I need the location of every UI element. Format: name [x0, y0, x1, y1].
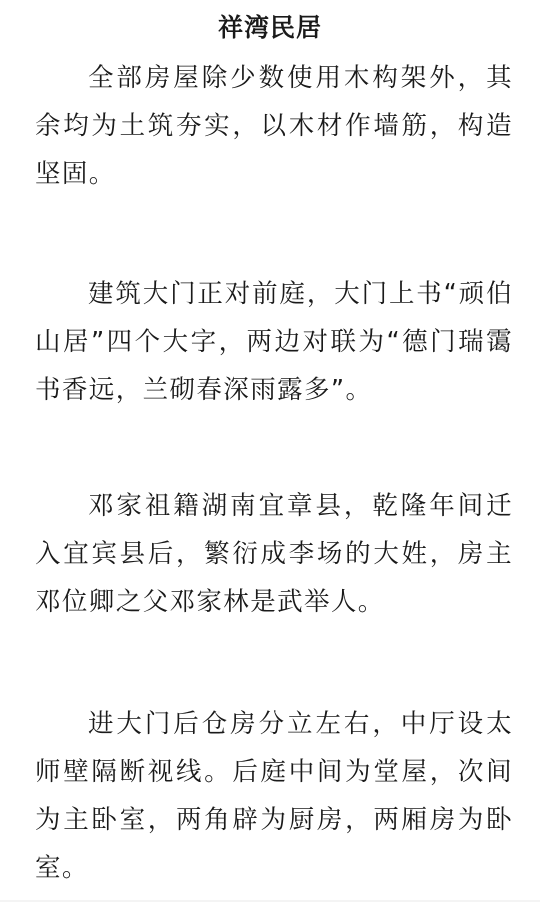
paragraph-family-history: 邓家祖籍湖南宜章县，乾隆年间迁入宜宾县后，繁衍成李场的大姓，房主邓位卿之父邓家林… [35, 482, 513, 626]
paragraph-construction: 全部房屋除少数使用木构架外，其余均为土筑夯实，以木材作墙筋，构造坚固。 [35, 54, 513, 198]
paragraph-layout: 进大门后仓房分立左右，中厅设太师壁隔断视线。后庭中间为堂屋，次间为主卧室，两角辟… [35, 700, 513, 892]
paragraph-gate-couplet: 建筑大门正对前庭，大门上书“顽伯山居”四个大字，两边对联为“德门瑞霭书香远，兰砌… [35, 270, 513, 414]
article-title: 祥湾民居 [0, 8, 540, 48]
